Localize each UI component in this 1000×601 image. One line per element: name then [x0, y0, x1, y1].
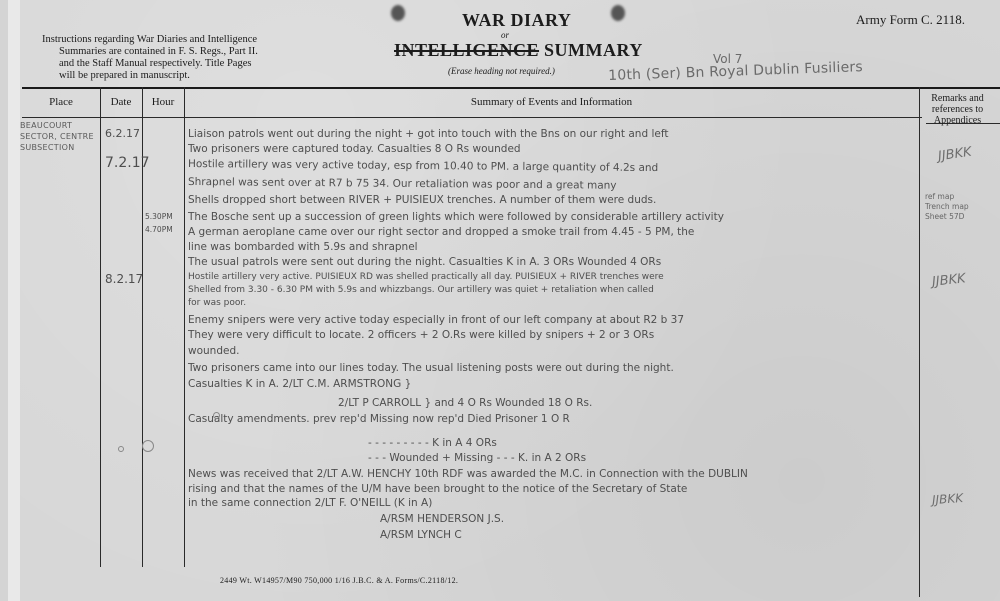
summary-line: line was bombarded with 5.9s and shrapne… — [188, 241, 418, 253]
header-rule — [22, 87, 1000, 89]
ink-circle-mark — [213, 412, 220, 419]
print-footer: 2449 Wt. W14957/M90 750,000 1/16 J.B.C. … — [220, 576, 458, 585]
remarks-header-line: Appendices — [920, 115, 995, 126]
summary-line: Hostile artillery was very active today,… — [188, 158, 658, 174]
date-entry: 7.2.17 — [105, 155, 150, 171]
title-intelligence-summary: INTELLIGENCE SUMMARY — [394, 40, 643, 61]
summary-line: for was poor. — [188, 298, 246, 308]
summary-line: Casualties K in A. 2/LT C.M. ARMSTRONG } — [188, 378, 411, 390]
remarks-header-line: Remarks and — [920, 93, 995, 104]
unit-name: 10th (Ser) Bn Royal Dublin Fusiliers — [608, 59, 863, 84]
instructions-line: Summaries are contained in F. S. Regs., … — [42, 46, 282, 58]
war-diary-page: Instructions regarding War Diaries and I… — [8, 0, 1000, 601]
summary-line: Enemy snipers were very active today esp… — [188, 314, 684, 326]
place-cell: BEAUCOURT SECTOR, CENTRE SUBSECTION — [20, 120, 94, 153]
summary-line: - - - Wounded + Missing - - - K. in A 2 … — [368, 452, 586, 464]
erase-note: (Erase heading not required.) — [448, 66, 555, 76]
summary-line: Shrapnel was sent over at R7 b 75 34. Ou… — [188, 176, 617, 192]
summary-line: Two prisoners were captured today. Casua… — [188, 143, 521, 155]
form-instructions: Instructions regarding War Diaries and I… — [42, 34, 282, 82]
ink-circle-mark — [142, 440, 154, 452]
column-header-rule — [22, 117, 922, 118]
col-header-remarks: Remarks and references to Appendices — [920, 93, 995, 126]
map-ref-line: ref map — [925, 192, 969, 202]
summary-line: The usual patrols were sent out during t… — [188, 256, 661, 268]
instructions-line: and the Staff Manual respectively. Title… — [42, 58, 282, 70]
summary-line: in the same connection 2/LT F. O'NEILL (… — [188, 497, 432, 509]
summary-line: Liaison patrols went out during the nigh… — [188, 128, 668, 140]
summary-line: News was received that 2/LT A.W. HENCHY … — [188, 468, 748, 480]
column-divider — [919, 87, 920, 597]
title-or: or — [501, 30, 509, 40]
remarks-initials: JJBKK — [932, 491, 964, 507]
title-war-diary: WAR DIARY — [462, 10, 571, 31]
summary-line: Two prisoners came into our lines today.… — [188, 362, 674, 374]
map-ref-line: Sheet 57D — [925, 212, 969, 222]
column-divider — [100, 87, 101, 567]
summary-line: A/RSM LYNCH C — [380, 529, 462, 541]
title-struck-word: INTELLIGENCE — [394, 40, 539, 60]
summary-line: Casualty amendments. prev rep'd Missing … — [188, 413, 570, 425]
title-summary-word: SUMMARY — [544, 40, 643, 60]
map-ref-line: Trench map — [925, 202, 969, 212]
summary-line: Shelled from 3.30 - 6.30 PM with 5.9s an… — [188, 285, 654, 295]
hour-entry: 5.30PM — [145, 212, 173, 221]
punch-hole-right — [611, 5, 625, 21]
page-edge — [8, 0, 20, 601]
remarks-initials: JJBKK — [937, 145, 972, 165]
col-header-date: Date — [100, 96, 142, 108]
summary-line: - - - - - - - - - K in A 4 ORs — [368, 437, 497, 449]
instructions-line: will be prepared in manuscript. — [42, 70, 282, 82]
ink-dot — [118, 446, 124, 452]
place-line: SECTOR, CENTRE — [20, 131, 94, 142]
summary-line: They were very difficult to locate. 2 of… — [188, 329, 654, 341]
date-entry: 8.2.17 — [105, 272, 143, 286]
summary-line: wounded. — [188, 345, 239, 357]
summary-line: Hostile artillery very active. PUISIEUX … — [188, 272, 664, 282]
summary-line: The Bosche sent up a succession of green… — [188, 211, 724, 223]
summary-line: rising and that the names of the U/M hav… — [188, 483, 687, 495]
punch-hole-left — [391, 5, 405, 21]
place-line: SUBSECTION — [20, 142, 94, 153]
summary-line: 2/LT P CARROLL } and 4 O Rs Wounded 18 O… — [338, 397, 592, 409]
hour-entry: 4.70PM — [145, 225, 173, 234]
summary-line: A/RSM HENDERSON J.S. — [380, 513, 504, 525]
column-divider — [184, 87, 185, 567]
col-header-hour: Hour — [142, 96, 184, 108]
date-entry: 6.2.17 — [105, 127, 140, 140]
place-line: BEAUCOURT — [20, 120, 94, 131]
remarks-header-line: references to — [920, 104, 995, 115]
col-header-summary: Summary of Events and Information — [184, 96, 919, 108]
remarks-map-reference: ref map Trench map Sheet 57D — [925, 192, 969, 222]
col-header-place: Place — [22, 96, 100, 108]
summary-line: Shells dropped short between RIVER + PUI… — [188, 194, 656, 206]
remarks-initials: JJBKK — [931, 271, 966, 289]
summary-line: A german aeroplane came over our right s… — [188, 226, 694, 238]
army-form-number: Army Form C. 2118. — [856, 12, 965, 28]
instructions-line: Instructions regarding War Diaries and I… — [42, 34, 282, 46]
